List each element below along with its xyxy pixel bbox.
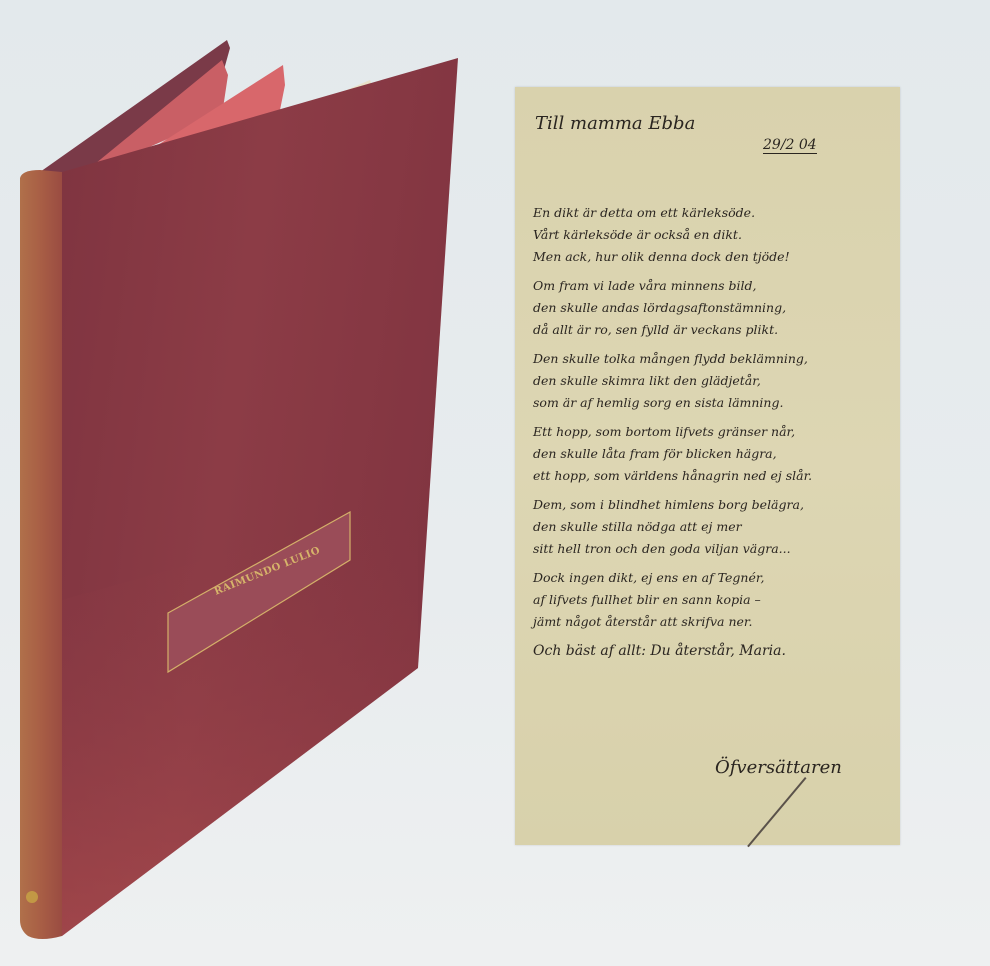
poem-line: den skulle skimra likt den glädjetår, <box>533 370 893 392</box>
poem-closing-line: Och bäst af allt: Du återstår, Maria. <box>533 640 893 662</box>
poem-line: jämt något återstår att skrifva ner. <box>533 611 893 633</box>
poem-line: af lifvets fullhet blir en sann kopia – <box>533 589 893 611</box>
poem-line: Den skulle tolka mången flydd beklämning… <box>533 348 893 370</box>
poem-line: Dock ingen dikt, ej ens en af Tegnér, <box>533 567 893 589</box>
spine-emblem-icon <box>26 891 38 903</box>
photo-scene: RAIMUNDO LULIO Till mamma Ebba 29/2 04 E… <box>0 0 990 966</box>
signature: Öfversättaren <box>715 757 842 778</box>
poem-line: En dikt är detta om ett kärleksöde. <box>533 202 893 224</box>
poem-line: Om fram vi lade våra minnens bild, <box>533 275 893 297</box>
poem-line: Dem, som i blindhet himlens borg belägra… <box>533 494 893 516</box>
manuscript-date: 29/2 04 <box>763 137 817 154</box>
book-illustration <box>0 0 470 966</box>
poem-line: Vårt kärleksöde är också en dikt. <box>533 224 893 246</box>
poem-line: den skulle låta fram för blicken hägra, <box>533 443 893 465</box>
stanza: Dock ingen dikt, ej ens en af Tegnér, af… <box>533 567 893 633</box>
poem-body: En dikt är detta om ett kärleksöde. Vårt… <box>533 202 893 662</box>
poem-line: då allt är ro, sen fylld är veckans plik… <box>533 319 893 341</box>
stanza: Om fram vi lade våra minnens bild, den s… <box>533 275 893 341</box>
spine <box>20 170 62 939</box>
stanza: Den skulle tolka mången flydd beklämning… <box>533 348 893 414</box>
poem-line: som är af hemlig sorg en sista lämning. <box>533 392 893 414</box>
stanza: En dikt är detta om ett kärleksöde. Vårt… <box>533 202 893 268</box>
manuscript-page: Till mamma Ebba 29/2 04 En dikt är detta… <box>515 87 900 845</box>
poem-line: den skulle andas lördagsaftonstämning, <box>533 297 893 319</box>
poem-line: Ett hopp, som bortom lifvets gränser når… <box>533 421 893 443</box>
poem-line: Men ack, hur olik denna dock den tjöde! <box>533 246 893 268</box>
stanza: Ett hopp, som bortom lifvets gränser når… <box>533 421 893 487</box>
signature-flourish <box>747 777 806 847</box>
poem-line: den skulle stilla nödga att ej mer <box>533 516 893 538</box>
stanza: Dem, som i blindhet himlens borg belägra… <box>533 494 893 560</box>
manuscript-heading: Till mamma Ebba <box>535 113 695 134</box>
poem-line: sitt hell tron och den goda viljan vägra… <box>533 538 893 560</box>
poem-line: ett hopp, som världens hånagrin ned ej s… <box>533 465 893 487</box>
